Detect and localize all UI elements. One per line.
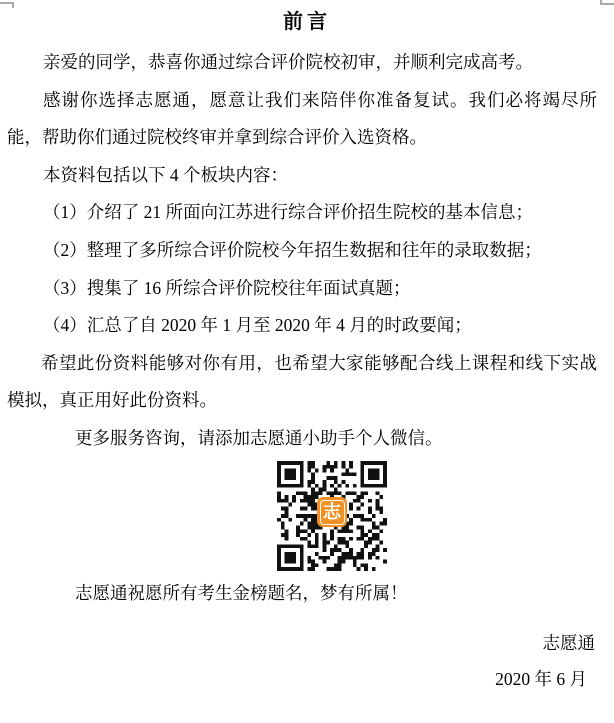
paragraph-contact: 更多服务咨询，请添加志愿通小助手个人微信。 xyxy=(7,420,597,458)
paragraph-wish: 志愿通祝愿所有考生金榜题名，梦有所属！ xyxy=(7,582,597,604)
page-margin-mark-top-right xyxy=(600,0,614,5)
page-margin-mark-top-left xyxy=(0,2,14,8)
list-item: （2）整理了多所综合评价院校今年招生数据和往年的录取数据； xyxy=(7,232,597,270)
paragraph-overview: 本资料包括以下 4 个板块内容： xyxy=(7,157,597,195)
page-title: 前言 xyxy=(0,9,614,35)
document-page: 前言 亲爱的同学，恭喜你通过综合评价院校初审，并顺利完成高考。 感谢你选择志愿通… xyxy=(0,0,614,723)
signature-date: 2020 年 6 月 xyxy=(495,666,587,691)
paragraph-intro: 亲爱的同学，恭喜你通过综合评价院校初审，并顺利完成高考。 xyxy=(7,44,597,82)
list-item: （1）介绍了 21 所面向江苏进行综合评价招生院校的基本信息； xyxy=(7,194,597,232)
signature-name: 志愿通 xyxy=(543,630,596,655)
list-item: （4）汇总了自 2020 年 1 月至 2020 年 4 月的时政要闻； xyxy=(7,307,597,345)
wechat-qr-code: 志 xyxy=(277,461,387,571)
paragraph-hope: 希望此份资料能够对你有用，也希望大家能够配合线上课程和线下实战模拟，真正用好此份… xyxy=(7,345,597,420)
qr-logo-glyph: 志 xyxy=(323,503,341,521)
list-item: （3）搜集了 16 所综合评价院校往年面试真题； xyxy=(7,270,597,308)
qr-logo: 志 xyxy=(317,497,347,527)
document-body: 亲爱的同学，恭喜你通过综合评价院校初审，并顺利完成高考。 感谢你选择志愿通，愿意… xyxy=(0,35,614,458)
paragraph-thanks: 感谢你选择志愿通，愿意让我们来陪伴你准备复试。我们必将竭尽所能，帮助你们通过院校… xyxy=(7,82,597,157)
